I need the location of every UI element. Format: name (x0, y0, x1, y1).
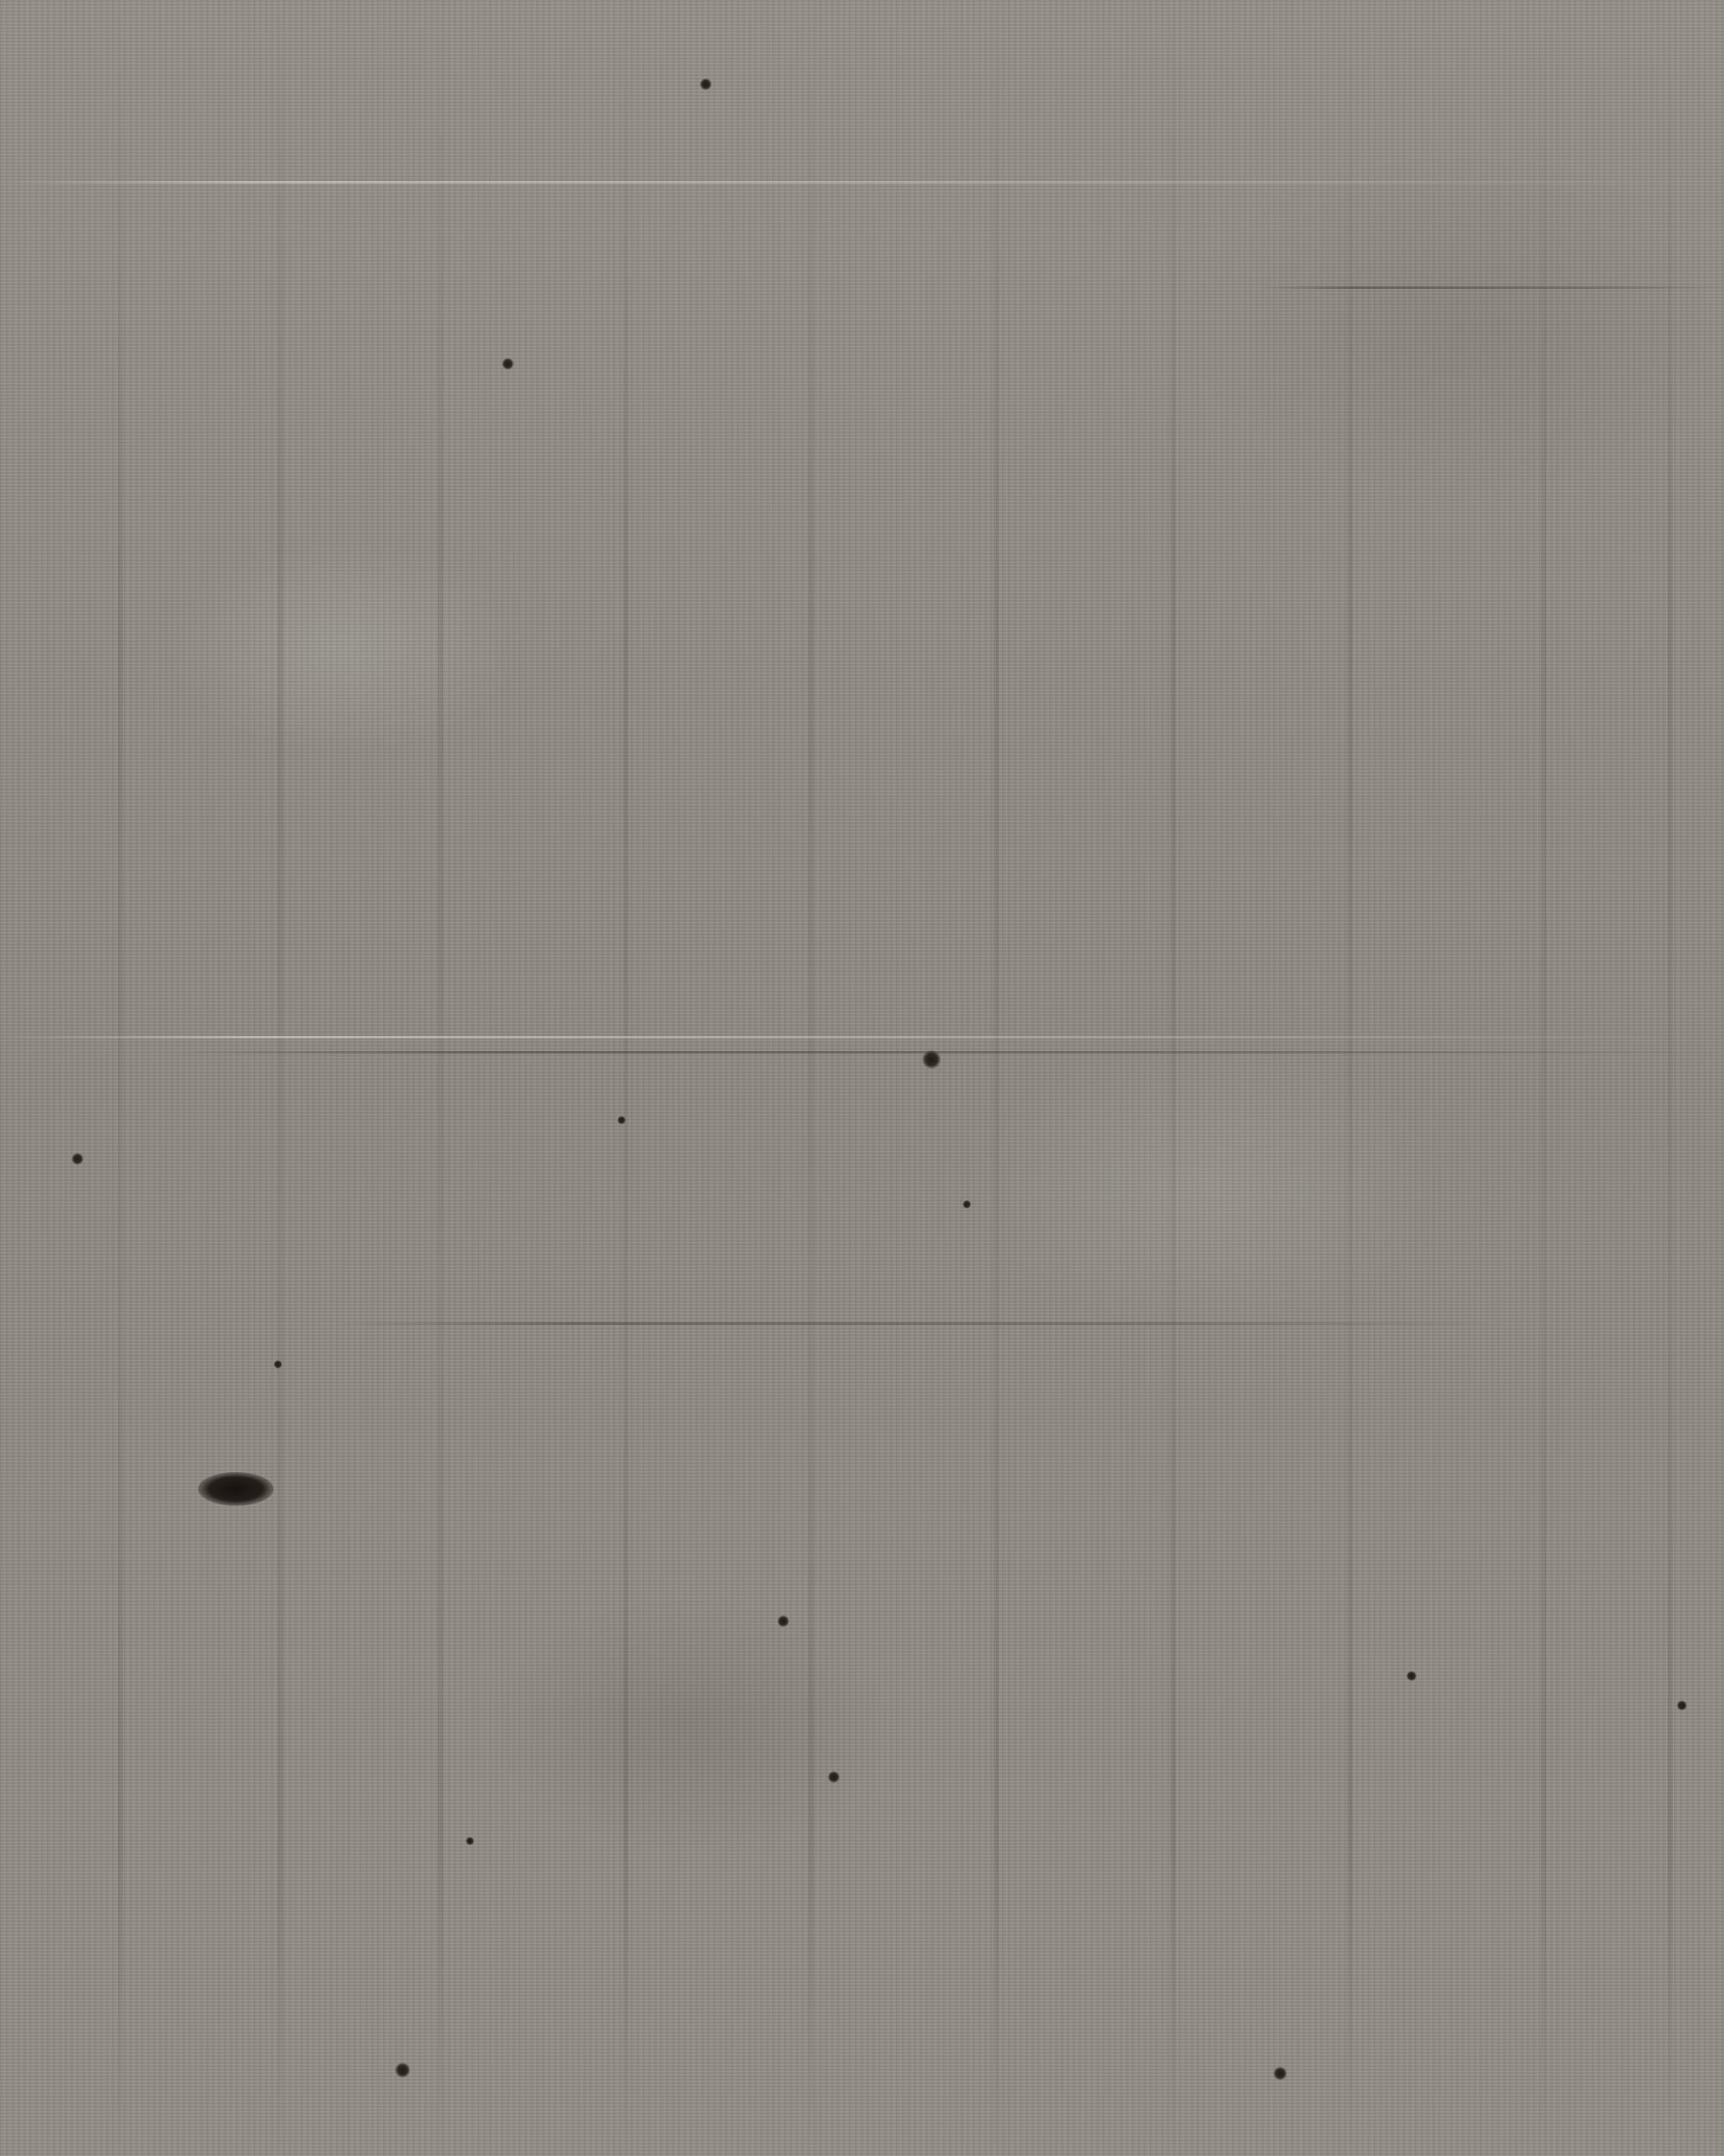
vertical-warp-streak (118, 0, 123, 2156)
horizontal-slub-thread (0, 181, 1724, 184)
fabric-nub (466, 1837, 474, 1845)
horizontal-slub-thread (1263, 286, 1724, 289)
vertical-warp-streak (994, 0, 999, 2156)
vertical-warp-streak (809, 0, 814, 2156)
fabric-nub (617, 1116, 626, 1124)
vertical-warp-streak (1668, 0, 1673, 2156)
fabric-nub (198, 1472, 274, 1506)
fabric-nub (274, 1360, 282, 1369)
fabric-nub (1406, 1671, 1417, 1681)
fabric-nub (777, 1615, 789, 1627)
fabric-nub (502, 358, 514, 370)
fabric-nub (828, 1771, 840, 1783)
horizontal-slub-thread (0, 1036, 1724, 1038)
fabric-nub (1677, 1700, 1687, 1710)
fabric-nub (922, 1050, 941, 1069)
fabric-nub (963, 1200, 971, 1209)
horizontal-slub-thread (337, 1322, 1516, 1325)
silk-fabric-texture (0, 0, 1724, 2156)
vertical-warp-streak (1541, 0, 1546, 2156)
vertical-warp-streak (278, 0, 283, 2156)
vertical-warp-streak (1348, 0, 1353, 2156)
fabric-nub (395, 2063, 410, 2078)
horizontal-slub-thread (168, 1051, 1724, 1054)
fabric-nub (700, 78, 712, 90)
vertical-warp-streak (1171, 0, 1176, 2156)
fabric-nub (72, 1153, 83, 1165)
vertical-warp-streak (623, 0, 628, 2156)
fabric-nub (1273, 2067, 1287, 2080)
vertical-warp-streak (438, 0, 443, 2156)
